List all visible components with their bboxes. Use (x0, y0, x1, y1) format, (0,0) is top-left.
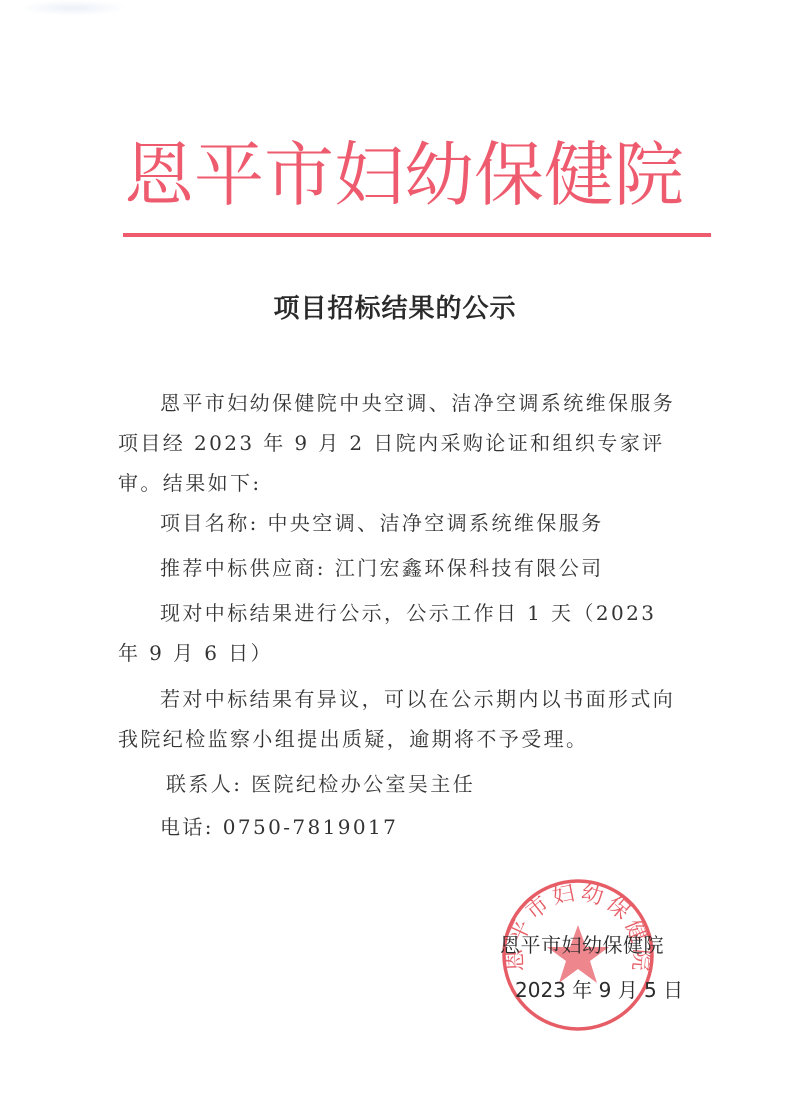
phone-line: 电话: 0750-7819017 (160, 807, 398, 847)
objection-paragraph: 若对中标结果有异议，可以在公示期内以书面形式向我院纪检监察小组提出质疑，逾期将不… (118, 679, 678, 759)
document-title: 项目招标结果的公示 (0, 289, 790, 329)
contact-line: 联系人: 医院纪检办公室吴主任 (166, 764, 475, 804)
signature-org: 恩平市妇幼保健院 (500, 925, 664, 965)
publicity-paragraph: 现对中标结果进行公示，公示工作日 1 天（2023 年 9 月 6 日） (118, 593, 678, 673)
signature-date: 2023 年 9 月 5 日 (515, 970, 683, 1010)
intro-paragraph: 恩平市妇幼保健院中央空调、洁净空调系统维保服务项目经 2023 年 9 月 2 … (118, 383, 678, 503)
scan-artifact (18, 0, 128, 16)
letterhead-title: 恩平市妇幼保健院 (0, 130, 790, 220)
letterhead-divider (123, 233, 711, 237)
document-page: 恩平市妇幼保健院 项目招标结果的公示 恩平市妇幼保健院中央空调、洁净空调系统维保… (0, 0, 790, 1117)
supplier-line: 推荐中标供应商: 江门宏鑫环保科技有限公司 (160, 548, 604, 588)
project-name-line: 项目名称: 中央空调、洁净空调系统维保服务 (160, 503, 604, 543)
